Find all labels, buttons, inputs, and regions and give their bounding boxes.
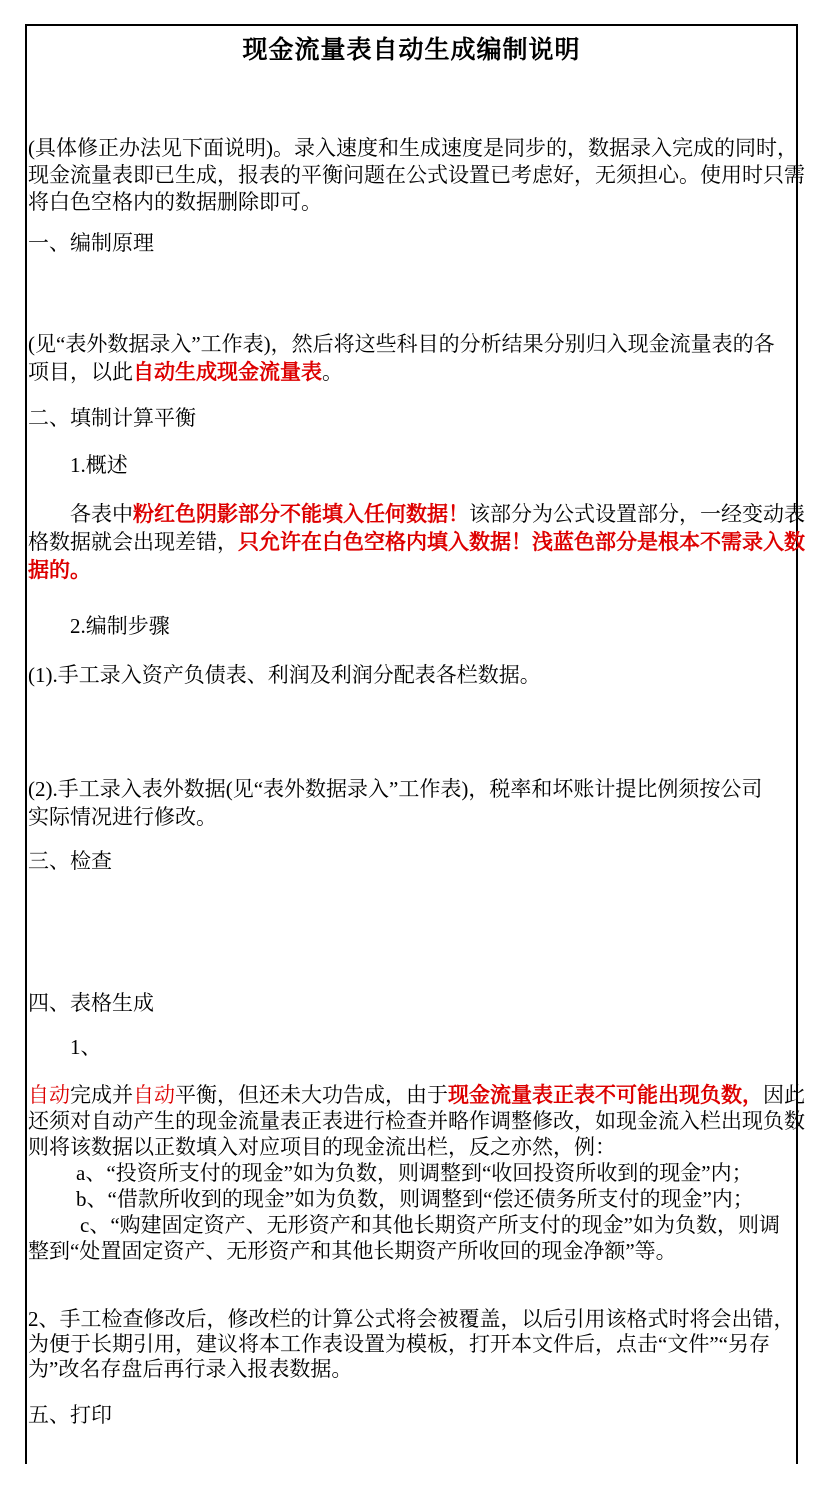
- text-line: b、“借款所收到的现金”如为负数，则调整到“偿还债务所支付的现金”内；: [28, 1186, 796, 1212]
- text-line: 整到“处置固定资产、无形资产和其他长期资产所收回的现金净额”等。: [28, 1238, 796, 1264]
- text-line: 项目，以此自动生成现金流量表。: [28, 358, 796, 386]
- text-segment: 实际情况进行修改。: [28, 805, 217, 829]
- text-line: 将白色空格内的数据删除即可。: [28, 189, 796, 216]
- text-line: 三、检查: [28, 848, 796, 875]
- text-segment: 自动: [133, 1083, 175, 1107]
- text-segment: 1、: [70, 1035, 102, 1059]
- section-4-item-2-paragraph: 2、手工检查修改后，修改栏的计算公式将会被覆盖，以后引用该格式时将会出错，为便于…: [28, 1307, 796, 1382]
- step-2-paragraph: (2).手工录入表外数据(见“表外数据录入”工作表)，税率和坏账计提比例须按公司…: [28, 775, 796, 831]
- text-segment: 粉红色阴影部分不能填入任何数据！: [133, 502, 469, 526]
- text-segment: 一、编制原理: [28, 231, 154, 255]
- text-segment: 只允许在白色空格内填入数据！浅蓝色部分是根本不需录入数: [238, 530, 805, 554]
- text-line: 则将该数据以正数填入对应项目的现金流出栏，反之亦然，例：: [28, 1134, 796, 1160]
- text-line: 格数据就会出现差错，只允许在白色空格内填入数据！浅蓝色部分是根本不需录入数: [28, 528, 796, 556]
- text-segment: 整到“处置固定资产、无形资产和其他长期资产所收回的现金净额”等。: [28, 1239, 677, 1263]
- section-1-heading: 一、编制原理: [28, 230, 796, 257]
- text-segment: 自动生成现金流量表: [133, 360, 322, 384]
- text-line: 实际情况进行修改。: [28, 803, 796, 831]
- text-line: 四、表格生成: [28, 990, 796, 1017]
- text-segment: 2、手工检查修改后，修改栏的计算公式将会被覆盖，以后引用该格式时将会出错，: [28, 1307, 795, 1331]
- section-3-heading: 三、检查: [28, 848, 796, 875]
- text-line: 二、填制计算平衡: [28, 405, 796, 432]
- text-segment: 2.编制步骤: [70, 614, 170, 638]
- text-segment: 1.概述: [70, 453, 128, 477]
- overview-warning-paragraph: 各表中粉红色阴影部分不能填入任何数据！该部分为公式设置部分，一经变动表格数据就会…: [28, 500, 796, 584]
- text-line: 自动完成并自动平衡，但还未大功告成，由于现金流量表正表不可能出现负数，因此: [28, 1082, 796, 1108]
- section-4-item-1-heading: 1、: [28, 1034, 796, 1061]
- text-line: c、“购建固定资产、无形资产和其他长期资产所支付的现金”如为负数，则调: [28, 1212, 796, 1238]
- text-line: 还须对自动产生的现金流量表正表进行检查并略作调整修改，如现金流入栏出现负数: [28, 1108, 796, 1134]
- text-segment: (2).手工录入表外数据(见“表外数据录入”工作表)，税率和坏账计提比例须按公司: [28, 777, 762, 801]
- text-segment: 则将该数据以正数填入对应项目的现金流出栏，反之亦然，例：: [28, 1135, 616, 1159]
- text-segment: 格数据就会出现差错，: [28, 530, 238, 554]
- text-segment: a、“投资所支付的现金”如为负数，则调整到“收回投资所收到的现金”内；: [76, 1161, 753, 1185]
- text-segment: 三、检查: [28, 849, 112, 873]
- text-line: 2.编制步骤: [28, 613, 796, 640]
- text-line: 据的。: [28, 556, 796, 584]
- text-segment: 。: [322, 360, 343, 384]
- text-segment: b、“借款所收到的现金”如为负数，则调整到“偿还债务所支付的现金”内；: [76, 1187, 754, 1211]
- section-4-heading: 四、表格生成: [28, 990, 796, 1017]
- text-line: 为便于长期引用，建议将本工作表设置为模板，打开本文件后，点击“文件”“另存: [28, 1332, 796, 1357]
- text-segment: 据的。: [28, 558, 91, 582]
- text-line: (1).手工录入资产负债表、利润及利润分配表各栏数据。: [28, 662, 796, 689]
- text-segment: 将白色空格内的数据删除即可。: [28, 190, 322, 214]
- text-segment: 项目，以此: [28, 360, 133, 384]
- section-4-item-1-paragraph: 自动完成并自动平衡，但还未大功告成，由于现金流量表正表不可能出现负数，因此还须对…: [28, 1082, 796, 1264]
- text-segment: (具体修正办法见下面说明)。录入速度和生成速度是同步的，数据录入完成的同时，: [28, 136, 798, 160]
- text-segment: 为便于长期引用，建议将本工作表设置为模板，打开本文件后，点击“文件”“另存: [28, 1332, 770, 1356]
- text-line: 1、: [28, 1034, 796, 1061]
- text-line: 2、手工检查修改后，修改栏的计算公式将会被覆盖，以后引用该格式时将会出错，: [28, 1307, 796, 1332]
- text-line: 现金流量表即已生成，报表的平衡问题在公式设置已考虑好，无须担心。使用时只需: [28, 162, 796, 189]
- text-line: a、“投资所支付的现金”如为负数，则调整到“收回投资所收到的现金”内；: [28, 1160, 796, 1186]
- text-segment: (1).手工录入资产负债表、利润及利润分配表各栏数据。: [28, 663, 541, 687]
- text-line: 五、打印: [28, 1402, 796, 1429]
- text-segment: 为”改名存盘后再行录入报表数据。: [28, 1357, 352, 1381]
- text-segment: c、“购建固定资产、无形资产和其他长期资产所支付的现金”如为负数，则调: [80, 1213, 780, 1237]
- text-segment: 该部分为公式设置部分，一经变动表: [469, 502, 805, 526]
- text-segment: 因此: [763, 1083, 805, 1107]
- text-line: (具体修正办法见下面说明)。录入速度和生成速度是同步的，数据录入完成的同时，: [28, 135, 796, 162]
- text-line: 1.概述: [28, 452, 796, 479]
- intro-paragraph: (具体修正办法见下面说明)。录入速度和生成速度是同步的，数据录入完成的同时，现金…: [28, 135, 796, 216]
- text-line: 为”改名存盘后再行录入报表数据。: [28, 1357, 796, 1382]
- text-segment: 完成并: [70, 1083, 133, 1107]
- section-1-paragraph: (见“表外数据录入”工作表)，然后将这些科目的分析结果分别归入现金流量表的各项目…: [28, 330, 796, 386]
- text-segment: 现金流量表正表不可能出现负数，: [448, 1083, 763, 1107]
- text-segment: 四、表格生成: [28, 991, 154, 1015]
- subsection-2-2-heading: 2.编制步骤: [28, 613, 796, 640]
- text-segment: 还须对自动产生的现金流量表正表进行检查并略作调整修改，如现金流入栏出现负数: [28, 1109, 805, 1133]
- text-segment: 现金流量表即已生成，报表的平衡问题在公式设置已考虑好，无须担心。使用时只需: [28, 163, 805, 187]
- text-line: (见“表外数据录入”工作表)，然后将这些科目的分析结果分别归入现金流量表的各: [28, 330, 796, 358]
- step-1-paragraph: (1).手工录入资产负债表、利润及利润分配表各栏数据。: [28, 662, 796, 689]
- text-line: 各表中粉红色阴影部分不能填入任何数据！该部分为公式设置部分，一经变动表: [28, 500, 796, 528]
- text-segment: 二、填制计算平衡: [28, 406, 196, 430]
- text-line: (2).手工录入表外数据(见“表外数据录入”工作表)，税率和坏账计提比例须按公司: [28, 775, 796, 803]
- subsection-2-1-heading: 1.概述: [28, 452, 796, 479]
- text-line: 一、编制原理: [28, 230, 796, 257]
- text-segment: 平衡，但还未大功告成，由于: [175, 1083, 448, 1107]
- section-2-heading: 二、填制计算平衡: [28, 405, 796, 432]
- text-segment: 自动: [28, 1083, 70, 1107]
- document-page: 现金流量表自动生成编制说明 (具体修正办法见下面说明)。录入速度和生成速度是同步…: [25, 24, 798, 1464]
- text-segment: 五、打印: [28, 1403, 112, 1427]
- section-5-heading: 五、打印: [28, 1402, 796, 1429]
- text-segment: 各表中: [70, 502, 133, 526]
- text-segment: (见“表外数据录入”工作表)，然后将这些科目的分析结果分别归入现金流量表的各: [28, 332, 775, 356]
- doc-title: 现金流量表自动生成编制说明: [27, 30, 796, 66]
